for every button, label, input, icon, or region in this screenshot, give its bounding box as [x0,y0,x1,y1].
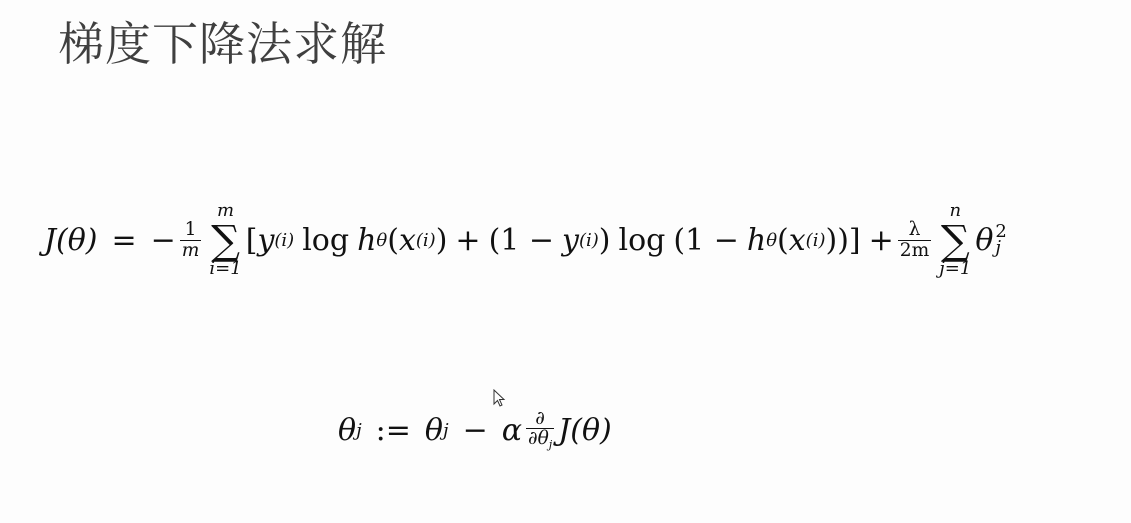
summation-i: m ∑ i=1 [209,202,241,279]
bracket-open: [ [246,223,258,258]
equals-sign: = [112,223,137,258]
one-minus: (1 − [489,223,554,258]
paren-close: ) [436,223,448,258]
subscript-j: j [443,420,449,441]
plus-sign: + [455,223,480,258]
mouse-cursor-icon [493,389,507,409]
minus-sign: − [463,413,488,448]
theta-sup-sub: 2j [995,224,1006,256]
var-theta: θ [425,413,443,448]
gradient-update-formula: θj := θj − α ∂ ∂θj J(θ) [338,390,612,470]
partial-derivative: ∂ ∂θj [526,409,554,451]
cost-lhs: J(θ) [44,223,98,258]
subscript-j: j [356,420,362,441]
var-x: x [399,223,416,258]
var-y: y [562,223,579,258]
var-theta: θ [975,223,993,258]
plus-sign: + [869,223,894,258]
var-h: h [357,223,376,258]
cost-function-ref: J(θ) [558,413,612,448]
superscript-i: (i) [806,230,826,251]
subscript-theta: θ [766,230,777,251]
paren-open: ( [777,223,789,258]
superscript-i: (i) [274,230,294,251]
paren-close: ) [599,223,611,258]
slide-title: 梯度下降法求解 [58,14,387,74]
var-h: h [747,223,766,258]
var-alpha: α [502,413,522,448]
fraction-one-over-m: 1 m [180,220,202,260]
superscript-i: (i) [416,230,436,251]
var-x: x [789,223,806,258]
minus-sign: − [151,223,176,258]
subscript-j: j [995,240,1006,256]
subscript-theta: θ [376,230,387,251]
log-operator: log [302,223,349,258]
summation-j: n ∑ j=1 [939,202,971,279]
log-operator: log [619,223,666,258]
one-minus: (1 − [673,223,738,258]
superscript-i: (i) [579,230,599,251]
cost-function-formula: J(θ) = − 1 m m ∑ i=1 [ y(i) log hθ(x(i))… [44,190,1007,290]
var-y: y [257,223,274,258]
close-parens-bracket: ))] [825,223,860,258]
fraction-lambda-over-2m: λ 2m [898,220,931,260]
var-theta: θ [338,413,356,448]
assign-operator: := [376,413,411,448]
paren-open: ( [387,223,399,258]
